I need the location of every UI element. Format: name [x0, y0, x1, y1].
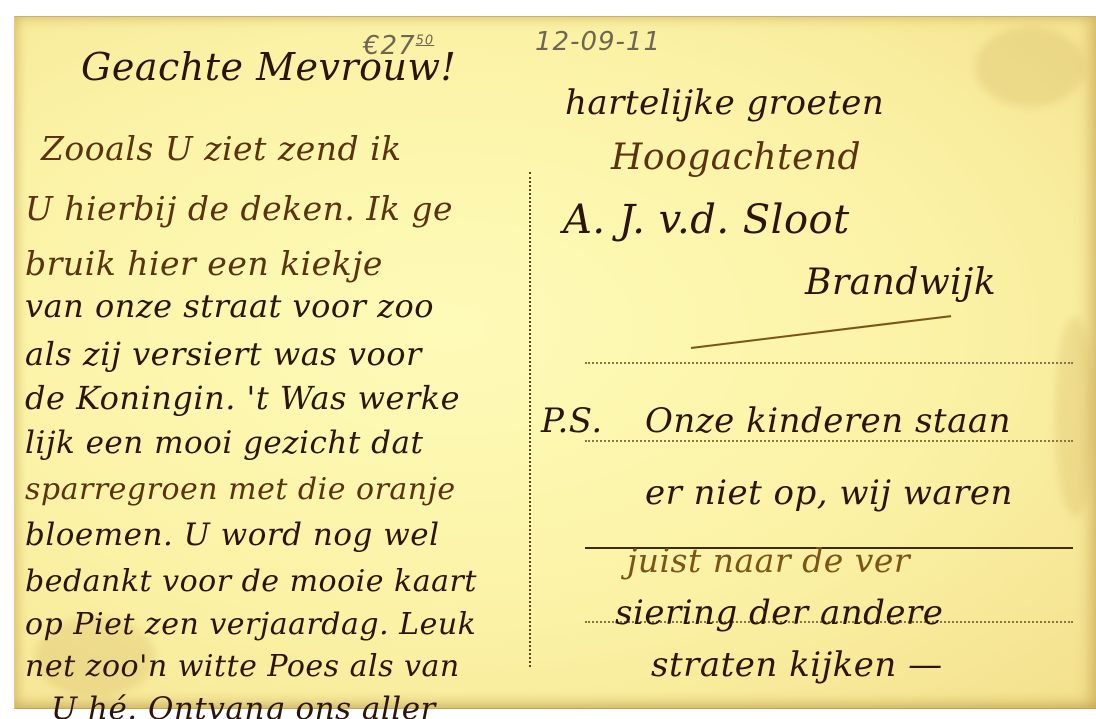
message-line-8: sparregroen met die oranje [25, 472, 456, 507]
ps-line-1: Onze kinderen staan [645, 401, 1011, 441]
ps-line-4: siering der andere [615, 593, 943, 633]
message-line-6: de Koningin. 't Was werke [25, 379, 460, 417]
message-line-3: bruik hier een kiekje [25, 244, 383, 283]
center-divider-line [529, 172, 531, 667]
signature-flourish [691, 315, 951, 349]
message-line-9: bloemen. U word nog wel [25, 517, 440, 553]
age-stain [975, 27, 1085, 107]
message-line-4: van onze straat voor zoo [25, 287, 434, 325]
message-line-13: U hé. Ontvang ons aller [51, 691, 436, 719]
sender-place: Brandwijk [805, 262, 996, 303]
signature: A. J. v.d. Sloot [563, 197, 850, 243]
date-annotation: 12-09-11 [535, 27, 661, 57]
message-line-10: bedankt voor de mooie kaart [25, 564, 477, 599]
message-line-12: net zoo'n witte Poes als van [25, 649, 460, 684]
salutation: Geachte Mevrouw! [81, 45, 456, 89]
message-line-11: op Piet zen verjaardag. Leuk [25, 607, 476, 642]
closing: Hoogachtend [611, 137, 861, 178]
postcard-back: €2750 12-09-11 Geachte Mevrouw! Zooals U… [14, 16, 1096, 709]
ps-line-5: straten kijken — [651, 645, 943, 685]
ps-line-3: juist naar de ver [627, 541, 910, 580]
message-line-7: lijk een mooi gezicht dat [25, 425, 423, 461]
ps-line-2: er niet op, wij waren [645, 473, 1013, 513]
message-line-1: Zooals U ziet zend ik [41, 129, 402, 168]
greeting-continuation: hartelijke groeten [565, 83, 884, 123]
message-line-5: als zij versiert was voor [25, 335, 422, 373]
ps-label: P.S. [541, 401, 603, 441]
age-stain [1055, 317, 1095, 517]
message-line-2: U hierbij de deken. Ik ge [25, 189, 453, 228]
address-line-1 [585, 362, 1073, 364]
